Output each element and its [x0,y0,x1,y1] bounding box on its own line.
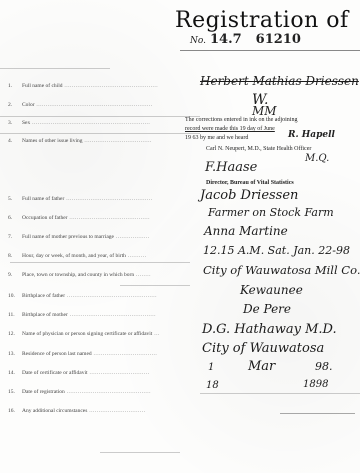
field-number: 12. [8,331,22,337]
father-name-value: Jacob Driessen [200,188,298,203]
field-row-6: 6.Occupation of father .................… [8,215,188,221]
field-row-16: 16.Any additional circumstances ........… [8,408,188,414]
field-label: Date of certificate or affidavit [22,370,88,376]
stamp-line-1: The corrections entered in ink on the ad… [185,117,297,123]
correction-signature: R. Hapell [288,130,335,140]
field-number: 11. [8,312,22,318]
field-number: 5. [8,196,22,202]
field-row-12: 12.Name of physician or person signing c… [8,331,188,337]
field-label: Birthplace of mother [22,312,68,318]
field-row-13: 13.Residence of person last named ......… [8,351,188,357]
field-number: 16. [8,408,22,414]
field-row-8: 8.Hour, day or week, of month, and year,… [8,253,188,259]
director-title: Director, Bureau of Vital Statistics [206,180,294,186]
field-row-2: 2.Color ................................… [8,102,188,108]
number-part-1: 14.7 [210,32,242,47]
field-row-9: 9.Place, town or township, and county in… [8,272,188,278]
mother-birthplace-value: De Pere [243,302,291,316]
field-label: Birthplace of father [22,293,65,299]
registration-year-value: 1898 [303,379,328,390]
field-label: Color [22,102,35,108]
field-row-14: 14.Date of certificate or affidavit ....… [8,370,188,376]
divider [280,413,355,414]
registration-number: No.14.761210 [190,32,301,47]
field-number: 9. [8,272,22,278]
field-number: 15. [8,389,22,395]
field-number: 6. [8,215,22,221]
field-number: 1. [8,83,22,89]
father-occupation-value: Farmer on Stock Farm [208,206,334,219]
field-row-4: 4.Names of other issue living ..........… [8,138,188,144]
field-row-15: 15.Date of registration ................… [8,389,188,395]
certificate-month-value: Mar [248,359,275,374]
field-row-1: 1.Full name of child ...................… [8,83,188,89]
child-name-value: Herbert Mathias Driessen [200,74,359,88]
field-number: 13. [8,351,22,357]
birth-time-value: 12.15 A.M. Sat. Jan. 22-98 [203,244,350,257]
field-label: Sex [22,120,30,126]
field-label: Date of registration [22,389,65,395]
registration-document: Registration of No.14.761210 1.Full name… [0,0,360,473]
divider [100,452,180,453]
field-number: 14. [8,370,22,376]
father-birthplace-value: Kewaunee [240,283,303,297]
divider [0,68,110,69]
director-signature: F.Haase [205,160,257,175]
header-rule [180,50,360,51]
document-title: Registration of [175,8,349,33]
stamp-line-3: 19 63 by me and we heard [185,135,248,141]
field-row-7: 7.Full name of mother previous to marria… [8,234,188,240]
field-row-5: 5.Full name of father ..................… [8,196,188,202]
field-number: 3. [8,120,22,126]
health-officer: Carl N. Neupert, M.D., State Health Offi… [206,146,311,152]
number-prefix: No. [190,36,206,46]
field-number: 2. [8,102,22,108]
field-label: Full name of mother previous to marriage [22,234,114,240]
divider [10,262,190,263]
field-number: 10. [8,293,22,299]
certificate-day-value: 1 [208,362,214,373]
stamp-line-2: record were made this 19 day of June [185,126,275,132]
field-label: Hour, day or week, of month, and year, o… [22,253,126,259]
certificate-year-value: 98. [315,360,333,373]
field-label: Occupation of father [22,215,68,221]
field-label: Residence of person last named [22,351,92,357]
field-label: Full name of child [22,83,62,89]
field-label: Any additional circumstances [22,408,87,414]
birthplace-value: City of Wauwatosa Mill Co. [203,263,360,277]
field-row-11: 11.Birthplace of mother ................… [8,312,188,318]
mother-name-value: Anna Martine [204,224,288,238]
field-number: 7. [8,234,22,240]
field-row-3: 3.Sex ..................................… [8,120,188,126]
divider [0,116,200,117]
field-label: Full name of father [22,196,64,202]
field-label: Names of other issue living [22,138,83,144]
divider [0,133,200,134]
physician-value: D.G. Hathaway M.D. [202,322,337,337]
divider [120,285,190,286]
number-part-2: 61210 [256,32,301,47]
field-number: 8. [8,253,22,259]
officer-initials: M.Q. [305,153,329,164]
registration-day-value: 18 [206,380,219,391]
field-row-10: 10.Birthplace of father ................… [8,293,188,299]
divider [200,393,360,394]
field-label: Place, town or township, and county in w… [22,272,134,278]
field-number: 4. [8,138,22,144]
correction-handwritten-mark: MM [252,104,277,118]
physician-residence-value: City of Wauwatosa [202,341,324,356]
field-label: Name of physician or person signing cert… [22,331,152,337]
